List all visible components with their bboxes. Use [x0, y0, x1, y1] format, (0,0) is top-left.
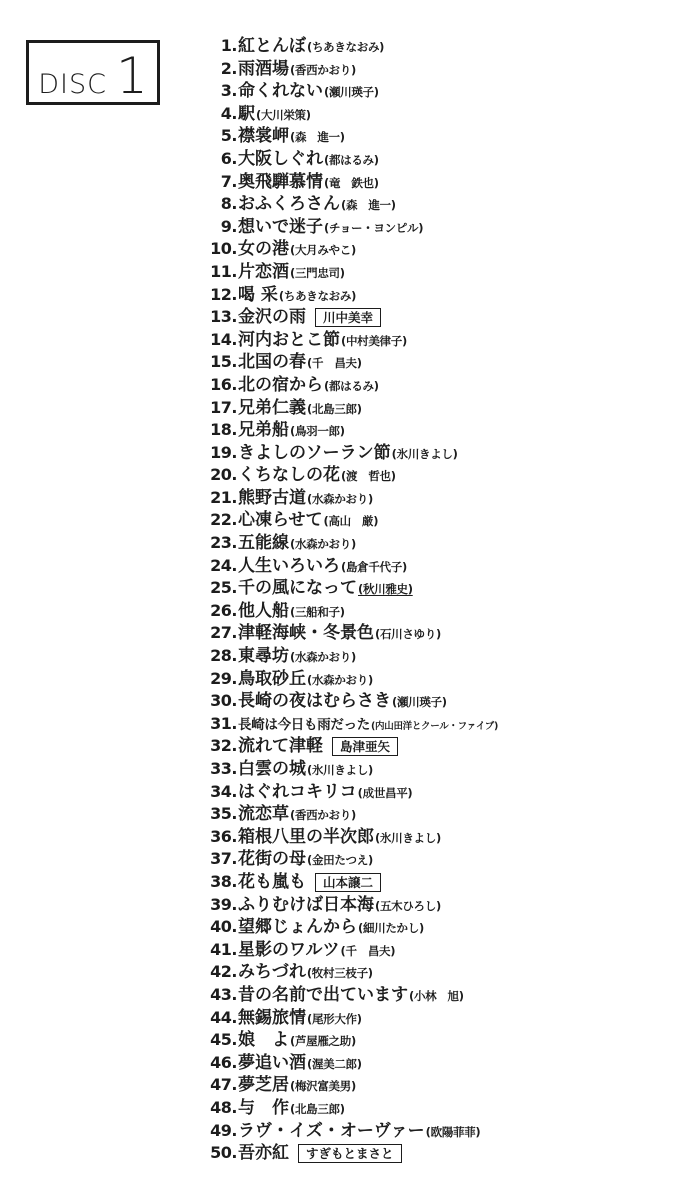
- track-title: 金沢の雨: [238, 307, 306, 327]
- track-number: 44.: [200, 1007, 237, 1030]
- track-row: 1.紅とんぼ(ちあきなおみ): [200, 35, 680, 58]
- track-row: 19.きよしのソーラン節(氷川きよし): [200, 442, 680, 465]
- track-number: 26.: [200, 600, 237, 623]
- track-artist: (成世昌平): [358, 786, 413, 800]
- track-number: 45.: [200, 1029, 237, 1052]
- track-number: 40.: [200, 916, 237, 939]
- track-number: 46.: [200, 1052, 237, 1075]
- track-title: 雨酒場: [238, 59, 289, 79]
- track-title: 無錫旅情: [238, 1008, 306, 1028]
- track-row: 17.兄弟仁義(北島三郎): [200, 397, 680, 420]
- track-list: 1.紅とんぼ(ちあきなおみ)2.雨酒場(香西かおり)3.命くれない(瀬川瑛子)4…: [200, 35, 680, 1165]
- track-title: 命くれない: [238, 81, 323, 101]
- track-artist: (氷川きよし): [307, 763, 373, 777]
- track-artist: (千 昌夫): [341, 944, 396, 958]
- track-title: みちづれ: [238, 962, 306, 982]
- track-artist: (渥美二郎): [307, 1057, 362, 1071]
- track-title: 夢芝居: [238, 1075, 289, 1095]
- track-title: 東尋坊: [238, 646, 289, 666]
- track-number: 21.: [200, 487, 237, 510]
- track-number: 16.: [200, 374, 237, 397]
- track-title: 星影のワルツ: [238, 940, 340, 960]
- track-title: 花街の母: [238, 849, 306, 869]
- track-row: 22.心凍らせて(高山 厳): [200, 509, 680, 532]
- track-artist: (渡 哲也): [341, 469, 396, 483]
- track-number: 14.: [200, 329, 237, 352]
- track-title: 千の風になって: [238, 578, 357, 598]
- track-row: 2.雨酒場(香西かおり): [200, 58, 680, 81]
- disc-label-box: DISC 1: [26, 40, 160, 105]
- track-row: 7.奥飛騨慕情(竜 鉄也): [200, 171, 680, 194]
- track-number: 50.: [200, 1142, 237, 1165]
- track-row: 4.駅(大川栄策): [200, 103, 680, 126]
- track-row: 50.吾亦紅すぎもとまさと: [200, 1142, 680, 1165]
- track-artist-boxed: 山本譲二: [315, 873, 381, 892]
- disc-label-number: 1: [116, 51, 148, 101]
- track-title: 心凍らせて: [238, 510, 323, 530]
- track-title: 人生いろいろ: [238, 556, 340, 576]
- track-artist: (小林 旭): [409, 989, 464, 1003]
- disc-label-prefix: DISC: [38, 71, 107, 98]
- track-title: 片恋酒: [238, 262, 289, 282]
- track-row: 49.ラヴ・イズ・オーヴァー(欧陽菲菲): [200, 1120, 680, 1143]
- track-title: 奥飛騨慕情: [238, 172, 323, 192]
- track-number: 39.: [200, 894, 237, 917]
- track-artist: (三門忠司): [290, 266, 345, 280]
- track-title: 津軽海峡・冬景色: [238, 623, 374, 643]
- track-title: 夢追い酒: [238, 1053, 306, 1073]
- track-title: 紅とんぼ: [238, 36, 306, 56]
- track-number: 28.: [200, 645, 237, 668]
- track-artist: (細川たかし): [358, 921, 424, 935]
- track-artist: (三船和子): [290, 605, 345, 619]
- track-title: 喝 采: [238, 285, 278, 305]
- track-title: 流恋草: [238, 804, 289, 824]
- track-artist: (高山 厳): [324, 514, 379, 528]
- track-artist: (水森かおり): [307, 492, 373, 506]
- track-number: 38.: [200, 871, 237, 894]
- track-artist: (都はるみ): [324, 379, 379, 393]
- track-row: 37.花街の母(金田たつえ): [200, 848, 680, 871]
- track-row: 20.くちなしの花(渡 哲也): [200, 464, 680, 487]
- track-row: 47.夢芝居(梅沢富美男): [200, 1074, 680, 1097]
- track-number: 13.: [200, 306, 237, 329]
- track-row: 30.長崎の夜はむらさき(瀬川瑛子): [200, 690, 680, 713]
- track-row: 36.箱根八里の半次郎(氷川きよし): [200, 826, 680, 849]
- track-row: 5.襟裳岬(森 進一): [200, 125, 680, 148]
- track-title: 他人船: [238, 601, 289, 621]
- track-artist: (梅沢富美男): [290, 1079, 356, 1093]
- track-title: くちなしの花: [238, 465, 340, 485]
- track-title: 襟裳岬: [238, 126, 289, 146]
- track-row: 29.鳥取砂丘(水森かおり): [200, 668, 680, 691]
- track-title: 大阪しぐれ: [238, 149, 323, 169]
- track-number: 2.: [200, 58, 237, 81]
- track-title: 昔の名前で出ています: [238, 985, 408, 1005]
- track-artist: (芦屋雁之助): [290, 1034, 356, 1048]
- track-title: 長崎は今日も雨だった: [238, 717, 370, 733]
- track-artist: (瀬川瑛子): [324, 85, 379, 99]
- track-title: 熊野古道: [238, 488, 306, 508]
- track-artist: (千 昌夫): [307, 356, 362, 370]
- track-title: 娘 よ: [238, 1030, 289, 1050]
- track-number: 15.: [200, 351, 237, 374]
- track-row: 46.夢追い酒(渥美二郎): [200, 1052, 680, 1075]
- track-number: 9.: [200, 216, 237, 239]
- track-artist-boxed: 島津亜矢: [332, 737, 398, 756]
- track-row: 15.北国の春(千 昌夫): [200, 351, 680, 374]
- track-artist: (森 進一): [290, 130, 345, 144]
- track-number: 37.: [200, 848, 237, 871]
- track-number: 32.: [200, 735, 237, 758]
- track-artist: (金田たつえ): [307, 853, 373, 867]
- track-artist: (水森かおり): [307, 673, 373, 687]
- track-row: 32.流れて津軽島津亜矢: [200, 735, 680, 758]
- track-artist: (ちあきなおみ): [307, 40, 384, 54]
- track-number: 12.: [200, 284, 237, 307]
- track-row: 8.おふくろさん(森 進一): [200, 193, 680, 216]
- track-title: 北国の春: [238, 352, 306, 372]
- track-title: 兄弟仁義: [238, 398, 306, 418]
- track-number: 48.: [200, 1097, 237, 1120]
- track-artist: (氷川きよし): [392, 447, 458, 461]
- track-number: 43.: [200, 984, 237, 1007]
- track-row: 38.花も嵐も山本譲二: [200, 871, 680, 894]
- track-title: おふくろさん: [238, 194, 340, 214]
- track-artist: (秋川雅史): [358, 582, 413, 596]
- track-row: 6.大阪しぐれ(都はるみ): [200, 148, 680, 171]
- track-number: 49.: [200, 1120, 237, 1143]
- track-artist: (チョー・ヨンピル): [324, 221, 423, 235]
- track-number: 1.: [200, 35, 237, 58]
- track-row: 9.想いで迷子(チョー・ヨンピル): [200, 216, 680, 239]
- track-title: 女の港: [238, 239, 289, 259]
- track-title: 与 作: [238, 1098, 289, 1118]
- track-artist-boxed: 川中美幸: [315, 308, 381, 327]
- track-number: 5.: [200, 125, 237, 148]
- track-artist: (欧陽菲菲): [426, 1125, 481, 1139]
- track-number: 47.: [200, 1074, 237, 1097]
- track-title: 望郷じょんから: [238, 917, 357, 937]
- track-row: 42.みちづれ(牧村三枝子): [200, 961, 680, 984]
- track-title: 白雲の城: [238, 759, 306, 779]
- track-number: 25.: [200, 577, 237, 600]
- track-artist: (水森かおり): [290, 537, 356, 551]
- track-artist: (香西かおり): [290, 808, 356, 822]
- track-number: 31.: [200, 713, 237, 736]
- track-number: 30.: [200, 690, 237, 713]
- track-row: 27.津軽海峡・冬景色(石川さゆり): [200, 622, 680, 645]
- track-title: ラヴ・イズ・オーヴァー: [238, 1121, 425, 1141]
- track-title: 吾亦紅: [238, 1143, 289, 1163]
- track-number: 8.: [200, 193, 237, 216]
- track-number: 33.: [200, 758, 237, 781]
- track-title: 花も嵐も: [238, 872, 306, 892]
- track-row: 45.娘 よ(芦屋雁之助): [200, 1029, 680, 1052]
- track-artist: (五木ひろし): [375, 899, 441, 913]
- track-artist: (竜 鉄也): [324, 176, 379, 190]
- track-artist: (尾形大作): [307, 1012, 362, 1026]
- track-artist: (中村美律子): [341, 334, 407, 348]
- track-title: 五能線: [238, 533, 289, 553]
- track-row: 21.熊野古道(水森かおり): [200, 487, 680, 510]
- track-artist: (石川さゆり): [375, 627, 441, 641]
- track-title: 鳥取砂丘: [238, 669, 306, 689]
- track-number: 6.: [200, 148, 237, 171]
- track-artist: (内山田洋とクール・ファイブ): [371, 721, 498, 732]
- track-row: 41.星影のワルツ(千 昌夫): [200, 939, 680, 962]
- track-number: 34.: [200, 781, 237, 804]
- track-row: 39.ふりむけば日本海(五木ひろし): [200, 894, 680, 917]
- track-title: 兄弟船: [238, 420, 289, 440]
- track-artist: (鳥羽一郎): [290, 424, 345, 438]
- track-artist: (牧村三枝子): [307, 966, 373, 980]
- track-title: 河内おとこ節: [238, 330, 340, 350]
- track-row: 24.人生いろいろ(島倉千代子): [200, 555, 680, 578]
- track-title: ふりむけば日本海: [238, 895, 374, 915]
- track-title: 駅: [238, 104, 255, 124]
- track-number: 24.: [200, 555, 237, 578]
- track-number: 10.: [200, 238, 237, 261]
- track-row: 34.はぐれコキリコ(成世昌平): [200, 781, 680, 804]
- track-artist: (北島三郎): [307, 402, 362, 416]
- track-artist: (水森かおり): [290, 650, 356, 664]
- track-title: 箱根八里の半次郎: [238, 827, 374, 847]
- track-artist-boxed: すぎもとまさと: [298, 1144, 402, 1163]
- track-row: 11.片恋酒(三門忠司): [200, 261, 680, 284]
- track-number: 20.: [200, 464, 237, 487]
- track-artist: (森 進一): [341, 198, 396, 212]
- track-row: 44.無錫旅情(尾形大作): [200, 1007, 680, 1030]
- track-artist: (北島三郎): [290, 1102, 345, 1116]
- track-row: 31.長崎は今日も雨だった(内山田洋とクール・ファイブ): [200, 713, 680, 736]
- track-row: 26.他人船(三船和子): [200, 600, 680, 623]
- track-row: 14.河内おとこ節(中村美律子): [200, 329, 680, 352]
- track-row: 12.喝 采(ちあきなおみ): [200, 284, 680, 307]
- track-number: 7.: [200, 171, 237, 194]
- track-row: 13.金沢の雨川中美幸: [200, 306, 680, 329]
- track-row: 28.東尋坊(水森かおり): [200, 645, 680, 668]
- track-number: 42.: [200, 961, 237, 984]
- track-number: 3.: [200, 80, 237, 103]
- track-number: 23.: [200, 532, 237, 555]
- track-row: 35.流恋草(香西かおり): [200, 803, 680, 826]
- track-artist: (氷川きよし): [375, 831, 441, 845]
- track-row: 40.望郷じょんから(細川たかし): [200, 916, 680, 939]
- track-title: 流れて津軽: [238, 736, 323, 756]
- track-artist: (都はるみ): [324, 153, 379, 167]
- track-artist: (島倉千代子): [341, 560, 407, 574]
- track-row: 18.兄弟船(鳥羽一郎): [200, 419, 680, 442]
- track-number: 17.: [200, 397, 237, 420]
- track-row: 16.北の宿から(都はるみ): [200, 374, 680, 397]
- track-artist: (ちあきなおみ): [279, 289, 356, 303]
- track-number: 29.: [200, 668, 237, 691]
- track-number: 27.: [200, 622, 237, 645]
- track-artist: (香西かおり): [290, 63, 356, 77]
- track-number: 36.: [200, 826, 237, 849]
- track-title: 想いで迷子: [238, 217, 323, 237]
- track-row: 23.五能線(水森かおり): [200, 532, 680, 555]
- track-title: きよしのソーラン節: [238, 443, 391, 463]
- track-number: 19.: [200, 442, 237, 465]
- track-artist: (大川栄策): [256, 108, 311, 122]
- track-row: 33.白雲の城(氷川きよし): [200, 758, 680, 781]
- track-number: 11.: [200, 261, 237, 284]
- track-row: 43.昔の名前で出ています(小林 旭): [200, 984, 680, 1007]
- track-number: 4.: [200, 103, 237, 126]
- track-row: 10.女の港(大月みやこ): [200, 238, 680, 261]
- track-row: 48.与 作(北島三郎): [200, 1097, 680, 1120]
- track-title: 北の宿から: [238, 375, 323, 395]
- track-artist: (瀬川瑛子): [392, 695, 447, 709]
- track-number: 18.: [200, 419, 237, 442]
- track-number: 41.: [200, 939, 237, 962]
- track-artist: (大月みやこ): [290, 243, 356, 257]
- track-title: 長崎の夜はむらさき: [238, 691, 391, 711]
- track-number: 22.: [200, 509, 237, 532]
- track-number: 35.: [200, 803, 237, 826]
- track-title: はぐれコキリコ: [238, 782, 357, 802]
- track-row: 3.命くれない(瀬川瑛子): [200, 80, 680, 103]
- track-row: 25.千の風になって(秋川雅史): [200, 577, 680, 600]
